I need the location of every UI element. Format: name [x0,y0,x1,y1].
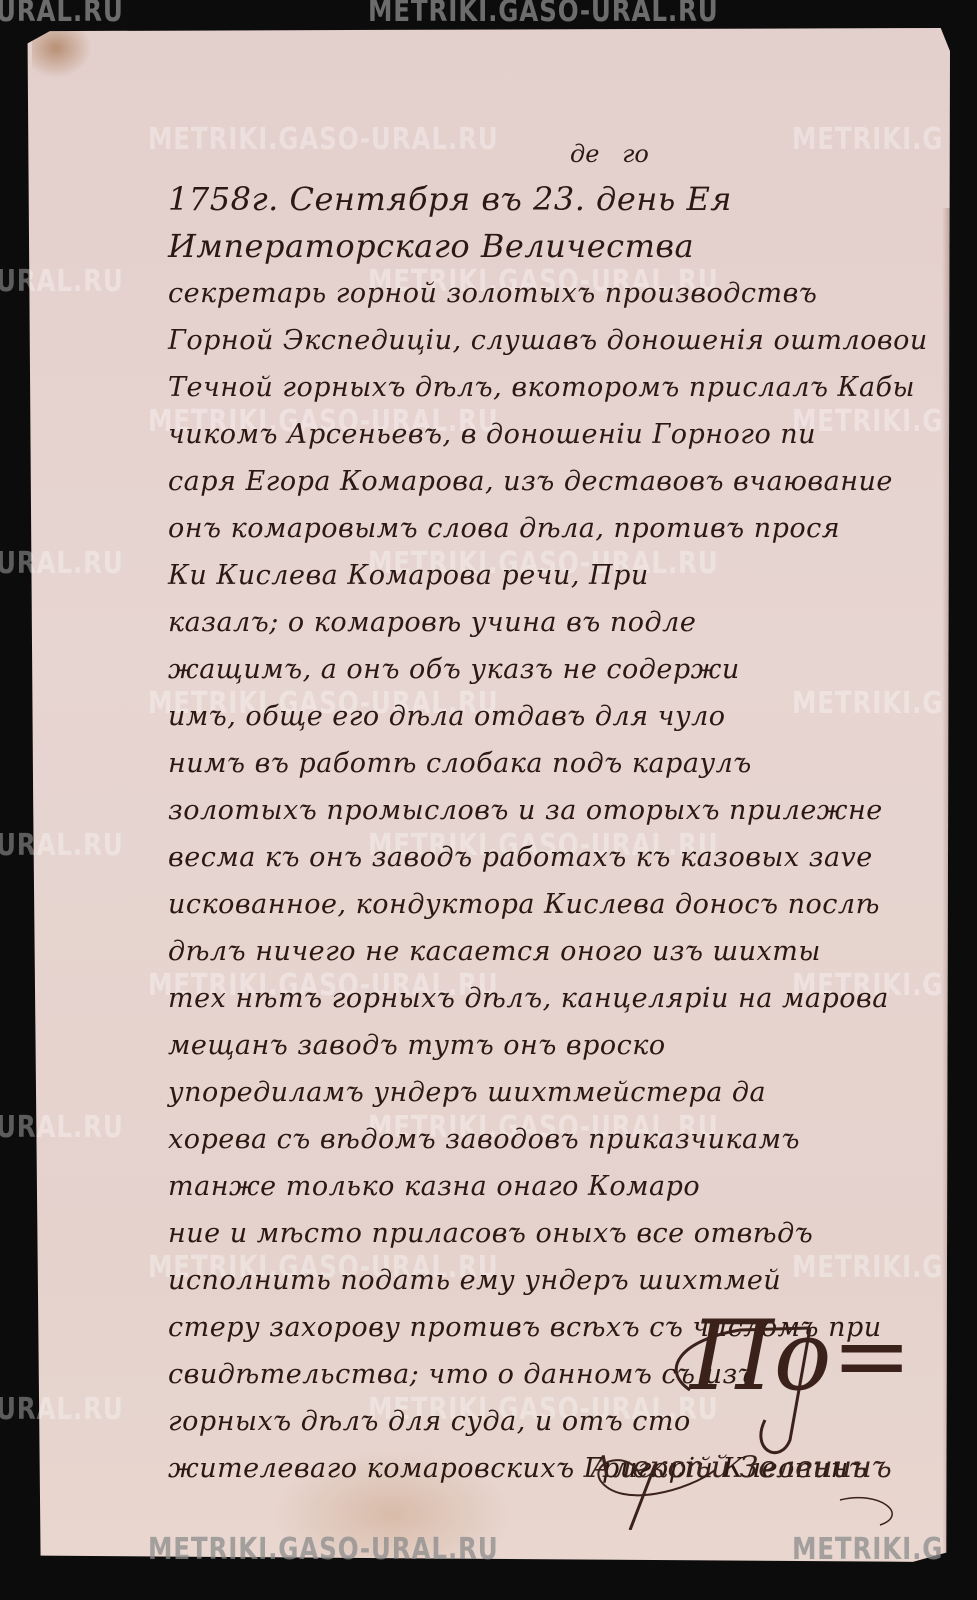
manuscript-line: хорева съ вѣдомъ заводовъ приказчикамъ [168,1116,868,1163]
watermark: METRIKI.GASO-URAL.RU [148,1532,499,1567]
manuscript-line: имъ, обще его дѣла отдавъ для чуло [168,693,868,740]
manuscript-line: онъ комаровымъ слова дѣла, противъ прося [168,505,868,552]
watermark: METRIKI.GASO-URAL.RU [368,0,719,29]
manuscript-line: золотыхъ промысловъ и за оторыхъ прилежн… [168,787,868,834]
watermark: METRIKI.G [792,122,943,157]
signature-initials: По= [690,1300,912,1412]
manuscript-body: 1758г. Сентября въ 23. день Ея Император… [168,176,868,1492]
manuscript-line: исполнить подать ему ундеръ шихтмей [168,1257,868,1304]
watermark: URAL.RU [0,828,124,863]
manuscript-line: искованное, кондуктора Кислева доносъ по… [168,881,868,928]
watermark: URAL.RU [0,546,124,581]
manuscript-line: упоредиламъ ундеръ шихтмейстера да [168,1069,868,1116]
signature-block: По= Алексѣй Зеленинъ [580,1300,920,1530]
manuscript-line: Горной Экспедиціи, слушавъ доношенія ошт… [168,317,868,364]
watermark: URAL.RU [0,1392,124,1427]
watermark: METRIKI.G [792,1532,943,1567]
manuscript-line: казалъ; о комаровѣ учина въ подле [168,599,868,646]
manuscript-line: Императорскаго Величества [168,223,868,270]
manuscript-line: жащимъ, а онъ объ указъ не содержи [168,646,868,693]
manuscript-line: нимъ въ работѣ слобака подъ караулъ [168,740,868,787]
watermark: URAL.RU [0,264,124,299]
superscript-annotation: де го [570,140,649,168]
signature-name: Алексѣй Зеленинъ [590,1450,892,1485]
manuscript-line: ние и мѣсто приласовъ оныхъ все отвѣдъ [168,1210,868,1257]
watermark: URAL.RU [0,1110,124,1145]
manuscript-line: саря Егора Комарова, изъ деставовъ вчаюв… [168,458,868,505]
manuscript-line: Течной горныхъ дѣлъ, вкоторомъ прислалъ … [168,364,868,411]
watermark: URAL.RU [0,0,124,29]
manuscript-line: 1758г. Сентября въ 23. день Ея [168,176,868,223]
manuscript-line: мещанъ заводъ тутъ онъ вроско [168,1022,868,1069]
manuscript-line: танже только казна онаго Комаро [168,1163,868,1210]
manuscript-line: дѣлъ ничего не касается оного изъ шихты [168,928,868,975]
manuscript-line: тех нѣтъ горныхъ дѣлъ, канцеляріи на мар… [168,975,868,1022]
manuscript-line: Ки Кислева Комарова речи, При [168,552,868,599]
manuscript-line: чикомъ Арсеньевъ, в доношеніи Горного пи [168,411,868,458]
manuscript-line: весма къ онъ заводъ работахъ къ казовых … [168,834,868,881]
watermark: METRIKI.GASO-URAL.RU [148,122,499,157]
page-fold-shadow [942,208,960,1588]
manuscript-line: секретарь горной золотыхъ производствъ [168,270,868,317]
